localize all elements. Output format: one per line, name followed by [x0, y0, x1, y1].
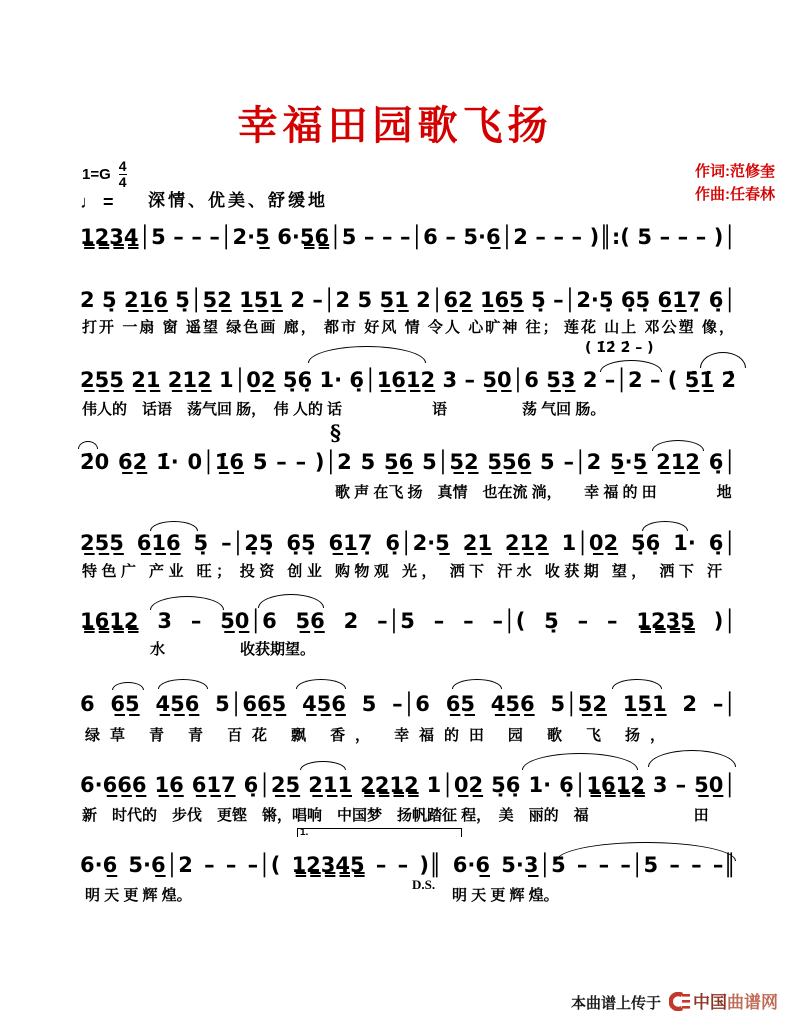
annotation-line-3: ( 1̇2̇ 2̇ – ): [585, 340, 654, 356]
notation-line-2: 2 5̣ 2̲1̲6̲ 5̣│5̲2̲ 1̲5̲1̲ 2 –│2 5 5̲1̲ …: [80, 285, 736, 315]
slur-arc: [522, 753, 638, 770]
notation-line-8: 6·6̲6̲6̲ 1̲6̲ 6̲1̲7̲ 6̣│2̲5̲ 2̲1̲1̲ 2̳2̳…: [80, 770, 736, 800]
site-logo-icon: [669, 992, 690, 1015]
slur-arc: [556, 842, 736, 861]
composer-credit: 作曲:任春林: [0, 183, 775, 206]
slur-arc: [296, 679, 346, 689]
lyrics-line-7: 绿草 青 青 百花 飘 香， 幸福的田 园 歌 飞 扬，: [85, 726, 665, 746]
segno-icon: §: [330, 420, 341, 445]
lyrics-line-8: 新 时代的 步伐 更铿 锵，唱响 中国梦 扬帆踏征 程， 美 丽的 福 田: [82, 806, 709, 826]
slur-arc: [300, 761, 346, 770]
lyrics-line-2: 打开 一扇 窗 遥望 绿色画 廊， 都市 好风 情 令人 心旷神 往； 莲花 山…: [82, 318, 734, 338]
footer: 本曲谱上传于中国曲谱网: [0, 988, 778, 1015]
slur-arc: [652, 440, 704, 451]
slur-arc: [600, 360, 662, 372]
sheet-music-page: 幸福田园歌飞扬 1=G44 ♩ = 深情、优美、舒缓地 作词:范修奎 作曲:任春…: [0, 0, 790, 1018]
slur-arc: [308, 346, 426, 363]
slur-arc: [112, 682, 144, 690]
notation-line-6: 1̳6̳1̳2̳ 3 – 5̲0̲│6 5̲6̲ 2 –│5 – – –│( 5…: [80, 606, 736, 636]
notation-line-5: 2̲5̲5̲ 6̲1̲6̲ 5̣ –│2̣5̣ 6̣5̣ 6̲1̲7̣ 6̣│2…: [80, 528, 736, 558]
site-name-primary: 中国: [693, 993, 727, 1012]
slur-arc: [452, 679, 502, 689]
slur-arc: [612, 679, 662, 689]
first-ending-label: 1.: [300, 827, 308, 838]
notation-line-7: 6 6̲5̲ 4̲5̲6̲ 5│6̲6̲5̲ 4̲5̲6̲ 5 –│6 6̲5̲…: [80, 689, 736, 719]
ds-marking: D.S.: [412, 877, 435, 893]
slur-arc: [642, 521, 688, 531]
slur-arc: [648, 750, 736, 767]
lyrics-line-9a: 明 天 更 辉 煌。: [85, 886, 192, 906]
lyrics-line-6: 水 收获期望。: [150, 640, 315, 660]
tie-arc: [700, 352, 746, 368]
lyrics-line-5: 特色广 产业 旺； 投资 创业 购物观 光， 洒下 汗水 收获期 望， 洒下 汗: [82, 562, 722, 582]
notation-line-4: 2̇0 6̲̇2̲̇ 1̇· 0│1̲̇6̲ 5 – – )│2 5 5̲6̲ …: [80, 447, 736, 477]
slur-arc: [150, 521, 198, 531]
credits: 作词:范修奎 作曲:任春林: [0, 160, 775, 206]
slur-arc: [158, 679, 208, 689]
slur-arc: [150, 596, 224, 610]
first-ending-bracket: 1.: [297, 828, 462, 837]
notation-line-1: 1̳2̳3̳4̳│5 – – –│2·5̲ 6·5̳6̳│5 – – –│6 –…: [80, 222, 736, 252]
song-title: 幸福田园歌飞扬: [0, 100, 790, 152]
lyrics-line-4: 歌 声 在飞 扬 真情 也在流 淌， 幸 福 的 田 地: [335, 483, 732, 503]
slur-arc: [258, 594, 324, 608]
upload-note: 本曲谱上传于: [571, 995, 661, 1012]
lyrics-line-3: 伟人的 话语 荡气回 肠， 伟 人的 话 语 荡 气回 肠。: [82, 400, 605, 420]
tie-arc: [78, 441, 98, 449]
lyrics-line-9b: 明 天 更 辉 煌。: [452, 886, 559, 906]
site-name-secondary: 曲谱网: [727, 993, 778, 1012]
lyricist-credit: 作词:范修奎: [0, 160, 775, 183]
